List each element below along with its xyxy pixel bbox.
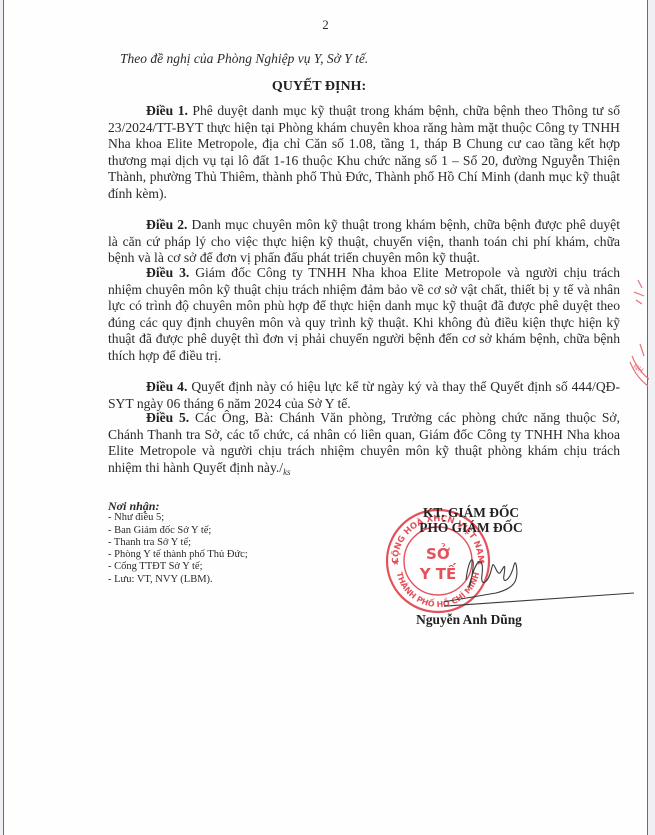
article-4: Điều 4. Quyết định này có hiệu lực kể từ… <box>108 379 620 412</box>
svg-text:★: ★ <box>392 558 400 568</box>
page-number: 2 <box>4 17 647 33</box>
article-5: Điều 5. Các Ông, Bà: Chánh Văn phòng, Tr… <box>108 410 620 480</box>
recipient-item: - Phòng Y tế thành phố Thủ Đức; <box>108 549 248 561</box>
recipient-item: - Lưu: VT, NVY (LBM). <box>108 574 248 586</box>
initials-mark: ks <box>283 467 291 477</box>
signature-title: KT. GIÁM ĐỐC PHÓ GIÁM ĐỐC <box>396 505 546 535</box>
handwritten-signature <box>444 545 634 615</box>
article-label: Điều 2. <box>146 217 187 232</box>
article-2: Điều 2. Danh mục chuyên môn kỹ thuật tro… <box>108 217 620 267</box>
article-3: Điều 3. Giám đốc Công ty TNHH Nha khoa E… <box>108 265 620 365</box>
article-label: Điều 5. <box>146 410 189 425</box>
signer-name: Nguyễn Anh Dũng <box>394 612 544 628</box>
recipient-item: - Thanh tra Sở Y tế; <box>108 537 248 549</box>
recipient-item: - Cổng TTĐT Sở Y tế; <box>108 561 248 573</box>
decision-title: QUYẾT ĐỊNH: <box>4 79 634 95</box>
document-page: 2 Theo đề nghị của Phòng Nghiệp vụ Y, Sở… <box>3 0 648 835</box>
viewer-gutter <box>649 0 655 835</box>
recipient-item: - Ban Giám đốc Sở Y tế; <box>108 525 248 537</box>
article-label: Điều 4. <box>146 379 187 394</box>
recipients-block: Nơi nhận: - Như điều 5; - Ban Giám đốc S… <box>108 500 248 586</box>
signature-line2: PHÓ GIÁM ĐỐC <box>396 520 546 535</box>
article-1: Điều 1. Phê duyệt danh mục kỹ thuật tron… <box>108 103 620 203</box>
recipient-item: - Như điều 5; <box>108 512 248 524</box>
signature-line1: KT. GIÁM ĐỐC <box>396 505 546 520</box>
article-label: Điều 1. <box>146 103 188 118</box>
article-label: Điều 3. <box>146 265 189 280</box>
recipients-heading: Nơi nhận: <box>108 500 248 512</box>
intro-line: Theo đề nghị của Phòng Nghiệp vụ Y, Sở Y… <box>120 51 368 67</box>
